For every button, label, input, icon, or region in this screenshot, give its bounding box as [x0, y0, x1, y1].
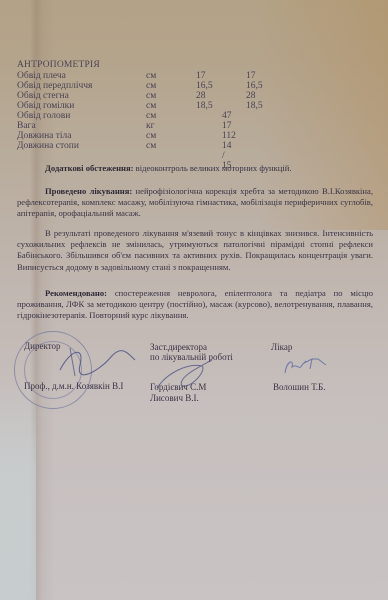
director-name: Проф., д.м.н. Козявкін В.І: [24, 381, 123, 391]
treatment-paragraph: Проведено лікування: нейрофізіологічна к…: [17, 186, 373, 220]
discharge-document: АНТРОПОМЕТРІЯ Обвід плеча см 17 17 Обвід…: [0, 0, 388, 600]
measure-value-left: 16,5: [196, 81, 213, 91]
measure-unit: см: [146, 111, 156, 121]
deputy-title-line1: Заст.директора: [150, 342, 207, 352]
measure-value-right: 28: [246, 91, 256, 101]
doctor-signature-icon: [282, 355, 332, 377]
measure-unit: см: [146, 101, 156, 111]
measure-label: Довжина тіла: [17, 131, 72, 141]
measure-value-left: 18,5: [196, 101, 213, 111]
additional-exams-text: відеоконтроль великих моторних функцій.: [134, 163, 292, 173]
measure-unit: см: [146, 131, 156, 141]
result-text: В результаті проведеного лікування м'язе…: [17, 228, 373, 272]
measure-label: Вага: [17, 121, 36, 131]
additional-exams-paragraph: Додаткові обстеження: відеоконтроль вели…: [17, 163, 373, 174]
measure-value: 112: [222, 131, 236, 141]
measure-label: Обвід передпліччя: [17, 81, 92, 91]
measure-value: 47: [222, 111, 232, 121]
measure-value-left: 28: [196, 91, 206, 101]
measure-value-right: 18,5: [246, 101, 263, 111]
deputy-name-2: Лисович В.І.: [150, 393, 199, 403]
director-title: Директор: [24, 341, 61, 351]
measure-unit: см: [146, 141, 156, 151]
doctor-name: Волошин Т.Б.: [273, 382, 325, 392]
measure-label: Обвід стегна: [17, 91, 69, 101]
measure-unit: см: [146, 91, 156, 101]
doctor-title: Лікар: [271, 342, 292, 352]
recommended-paragraph: Рекомендовано: спостереження невролога, …: [17, 288, 373, 322]
measure-value: 17: [222, 121, 232, 131]
deputy-name-1: Гордієвич С.М: [150, 382, 206, 392]
measure-value-right: 16,5: [246, 81, 263, 91]
treatment-heading: Проведено лікування:: [45, 186, 132, 196]
measure-label: Обвід гомілки: [17, 101, 74, 111]
measure-label: Обвід плеча: [17, 71, 66, 81]
measure-label: Обвід голови: [17, 111, 70, 121]
measure-value-left: 17: [196, 71, 206, 81]
measure-value-right: 17: [246, 71, 256, 81]
recommended-heading: Рекомендовано:: [45, 288, 107, 298]
anthropometry-title: АНТРОПОМЕТРІЯ: [17, 60, 100, 70]
measure-unit: см: [146, 81, 156, 91]
measure-unit: кг: [146, 121, 155, 131]
measure-label: Довжина стопи: [17, 141, 79, 151]
measure-unit: см: [146, 71, 156, 81]
result-paragraph: В результаті проведеного лікування м'язе…: [17, 228, 373, 273]
additional-exams-heading: Додаткові обстеження:: [45, 163, 134, 173]
